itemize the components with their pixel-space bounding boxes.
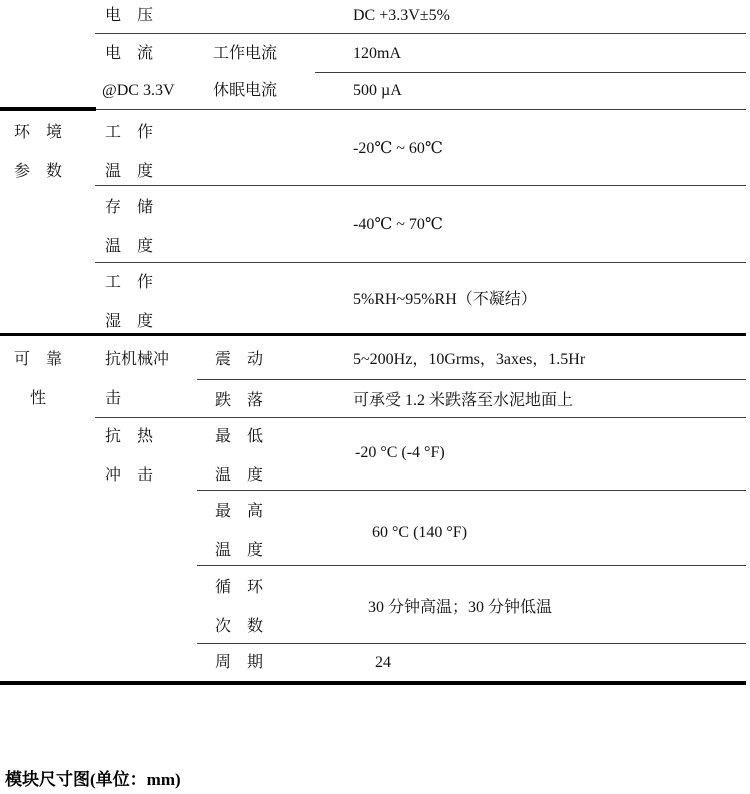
table-bottom-border [0,681,746,685]
drop-value: 可承受 1.2 米跌落至水泥地面上 [353,391,573,411]
environment-category-line1: 环 境 [14,123,62,143]
period-label: 周 期 [215,653,263,673]
module-dimensions-heading: 模块尺寸图(单位：mm) [5,765,181,790]
thermal-shock-label-line1: 抗 热 [105,427,153,447]
reliability-category-line1: 可 靠 [14,350,62,370]
max-temp-label-line2: 温 度 [215,541,263,561]
drop-label: 跌 落 [215,391,263,411]
section-divider-reliability [0,333,746,336]
cycle-count-value: 30 分钟高温；30 分钟低温 [368,598,552,618]
datasheet-page: 电 压 DC +3.3V±5% 电 流 工作电流 120mA @DC 3.3V … [0,0,750,794]
working-humidity-label-line1: 工 作 [105,273,153,293]
max-temp-label-line1: 最 高 [215,502,263,522]
rule-under-storage-temp [95,262,746,263]
mechanical-shock-label-line1: 抗机械冲 [105,350,169,370]
voltage-value: DC +3.3V±5% [353,6,450,26]
working-temp-label-line2: 温 度 [105,162,153,182]
working-temp-label-line1: 工 作 [105,123,153,143]
voltage-label: 电 压 [105,6,153,26]
working-temp-value: -20℃ ~ 60℃ [353,139,443,159]
working-humidity-label-line2: 湿 度 [105,312,153,332]
rule-under-min-temp [197,490,746,491]
storage-temp-value: -40℃ ~ 70℃ [353,215,443,235]
thermal-shock-label-line2: 冲 击 [105,466,153,486]
rule-under-voltage [95,33,746,34]
min-temp-label-line1: 最 低 [215,427,263,447]
cycle-count-label-line1: 循 环 [215,578,263,598]
rule-under-mechanical-shock [95,417,746,418]
rule-under-cycle-count [197,643,746,644]
sleep-current-value: 500 µA [353,81,402,101]
max-temp-value: 60 °C (140 °F) [372,523,467,543]
environment-category-line2: 参 数 [14,162,62,182]
cycle-count-label-line2: 次 数 [215,617,263,637]
vibration-value: 5~200Hz，10Grms，3axes，1.5Hr [353,350,585,370]
min-temp-value: -20 °C (-4 °F) [355,443,445,463]
working-current-value: 120mA [353,44,401,64]
working-current-label: 工作电流 [213,44,277,64]
working-humidity-value: 5%RH~95%RH（不凝结） [353,290,537,310]
reliability-category-line2: 性 [30,389,46,409]
storage-temp-label-line2: 温 度 [105,237,153,257]
storage-temp-label-line1: 存 储 [105,198,153,218]
section-divider-environment-right [96,109,746,110]
rule-under-max-temp [197,565,746,566]
rule-under-working-temp [95,185,746,186]
current-sublabel: @DC 3.3V [102,81,175,101]
current-label: 电 流 [105,44,153,64]
rule-under-working-current [315,72,746,73]
section-divider-environment-left [0,107,96,111]
vibration-label: 震 动 [215,350,263,370]
sleep-current-label: 休眠电流 [213,81,277,101]
mechanical-shock-label-line2: 击 [105,389,121,409]
period-value: 24 [375,653,391,673]
rule-under-vibration [197,379,746,380]
min-temp-label-line2: 温 度 [215,466,263,486]
